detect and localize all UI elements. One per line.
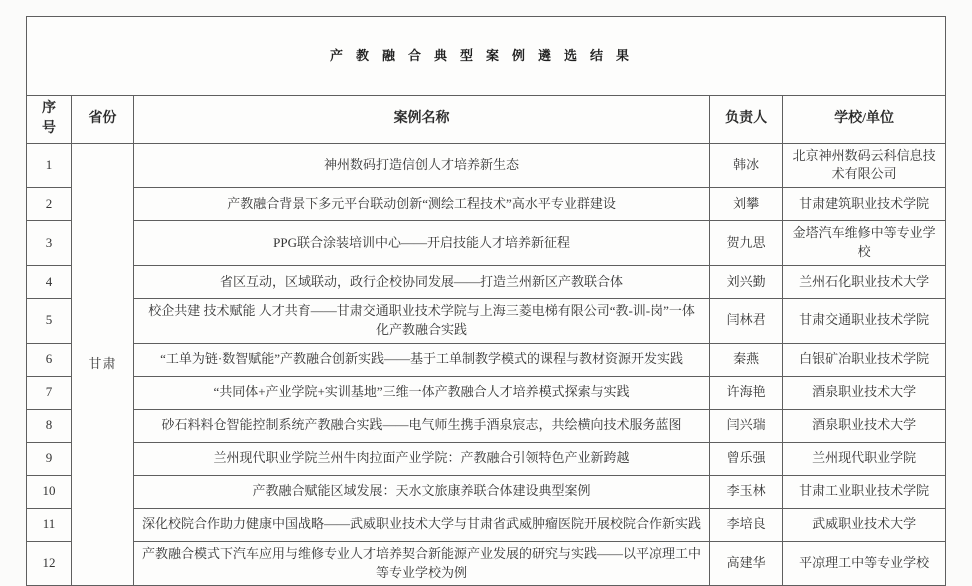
case-name-cell: 产教融合赋能区域发展：天水文旅康养联合体建设典型案例: [133, 475, 709, 508]
case-name-cell: 产教融合背景下多元平台联动创新“测绘工程技术”高水平专业群建设: [133, 188, 709, 221]
row-number-cell: 11: [27, 508, 72, 541]
case-name-cell: 校企共建 技术赋能 人才共育——甘肃交通职业技术学院与上海三菱电梯有限公司“教-…: [133, 298, 709, 343]
column-header-no: 序号: [27, 96, 72, 144]
table-row: 5 校企共建 技术赋能 人才共育——甘肃交通职业技术学院与上海三菱电梯有限公司“…: [27, 298, 946, 343]
column-header-person: 负责人: [710, 96, 783, 144]
person-cell: 高建华: [710, 541, 783, 570]
results-sheet: 产教融合典型案例遴选结果 序号 省份 案例名称 负责人 学校/单位 1 甘肃 神…: [26, 16, 946, 570]
case-name-cell: “共同体+产业学院+实训基地”三维一体产教融合人才培养模式探索与实践: [133, 376, 709, 409]
table-row: 1 甘肃 神州数码打造信创人才培养新生态 韩冰 北京神州数码云科信息技术有限公司: [27, 143, 946, 188]
school-cell: 武威职业技术大学: [783, 508, 946, 541]
results-table: 产教融合典型案例遴选结果 序号 省份 案例名称 负责人 学校/单位 1 甘肃 神…: [26, 16, 946, 570]
school-cell: 酒泉职业技术大学: [783, 409, 946, 442]
school-cell: 兰州石化职业技术大学: [783, 265, 946, 298]
person-cell: 闫林君: [710, 298, 783, 343]
person-cell: 李玉林: [710, 475, 783, 508]
case-name-cell: 神州数码打造信创人才培养新生态: [133, 143, 709, 188]
person-cell: 贺九思: [710, 221, 783, 266]
person-cell: 许海艳: [710, 376, 783, 409]
case-name-cell: 砂石料料仓智能控制系统产教融合实践——电气师生携手酒泉宸志，共绘横向技术服务蓝图: [133, 409, 709, 442]
header-row: 序号 省份 案例名称 负责人 学校/单位: [27, 96, 946, 144]
school-cell: 甘肃建筑职业技术学院: [783, 188, 946, 221]
row-number-cell: 8: [27, 409, 72, 442]
school-cell: 兰州现代职业学院: [783, 442, 946, 475]
table-row: 6 “工单为链·数智赋能”产教融合创新实践——基于工单制教学模式的课程与教材资源…: [27, 343, 946, 376]
row-number-cell: 6: [27, 343, 72, 376]
table-row: 2 产教融合背景下多元平台联动创新“测绘工程技术”高水平专业群建设 刘攀 甘肃建…: [27, 188, 946, 221]
row-number-cell: 3: [27, 221, 72, 266]
person-cell: 刘攀: [710, 188, 783, 221]
person-cell: 闫兴瑞: [710, 409, 783, 442]
school-cell: 甘肃工业职业技术学院: [783, 475, 946, 508]
table-row: 10 产教融合赋能区域发展：天水文旅康养联合体建设典型案例 李玉林 甘肃工业职业…: [27, 475, 946, 508]
row-number-cell: 9: [27, 442, 72, 475]
table-row: 11 深化校院合作助力健康中国战略——武威职业技术大学与甘肃省武威肿瘤医院开展校…: [27, 508, 946, 541]
column-header-province: 省份: [71, 96, 133, 144]
row-number-cell: 7: [27, 376, 72, 409]
school-cell: 甘肃交通职业技术学院: [783, 298, 946, 343]
person-cell: 秦燕: [710, 343, 783, 376]
school-cell: 平凉理工中等专业学校: [783, 541, 946, 570]
person-cell: 曾乐强: [710, 442, 783, 475]
table-row: 3 PPG联合涂装培训中心——开启技能人才培养新征程 贺九思 金塔汽车维修中等专…: [27, 221, 946, 266]
table-row: 9 兰州现代职业学院兰州牛肉拉面产业学院：产教融合引领特色产业新跨越 曾乐强 兰…: [27, 442, 946, 475]
case-name-cell: 产教融合模式下汽车应用与维修专业人才培养契合新能源产业发展的研究与实践——以平凉…: [133, 541, 709, 570]
case-name-cell: “工单为链·数智赋能”产教融合创新实践——基于工单制教学模式的课程与教材资源开发…: [133, 343, 709, 376]
school-cell: 白银矿冶职业技术学院: [783, 343, 946, 376]
table-row: 4 省区互动，区域联动，政行企校协同发展——打造兰州新区产教联合体 刘兴勤 兰州…: [27, 265, 946, 298]
person-cell: 韩冰: [710, 143, 783, 188]
case-name-cell: 省区互动，区域联动，政行企校协同发展——打造兰州新区产教联合体: [133, 265, 709, 298]
column-header-case-name: 案例名称: [133, 96, 709, 144]
row-number-cell: 10: [27, 475, 72, 508]
school-cell: 北京神州数码云科信息技术有限公司: [783, 143, 946, 188]
row-number-cell: 12: [27, 541, 72, 570]
person-cell: 李培良: [710, 508, 783, 541]
person-cell: 刘兴勤: [710, 265, 783, 298]
row-number-cell: 5: [27, 298, 72, 343]
row-number-cell: 2: [27, 188, 72, 221]
school-cell: 酒泉职业技术大学: [783, 376, 946, 409]
case-name-cell: 兰州现代职业学院兰州牛肉拉面产业学院：产教融合引领特色产业新跨越: [133, 442, 709, 475]
school-cell: 金塔汽车维修中等专业学校: [783, 221, 946, 266]
table-row: 8 砂石料料仓智能控制系统产教融合实践——电气师生携手酒泉宸志，共绘横向技术服务…: [27, 409, 946, 442]
table-row: 7 “共同体+产业学院+实训基地”三维一体产教融合人才培养模式探索与实践 许海艳…: [27, 376, 946, 409]
title-row: 产教融合典型案例遴选结果: [27, 17, 946, 96]
row-number-cell: 4: [27, 265, 72, 298]
province-cell: 甘肃: [71, 143, 133, 570]
column-header-school: 学校/单位: [783, 96, 946, 144]
row-number-cell: 1: [27, 143, 72, 188]
table-row: 12 产教融合模式下汽车应用与维修专业人才培养契合新能源产业发展的研究与实践——…: [27, 541, 946, 570]
case-name-cell: 深化校院合作助力健康中国战略——武威职业技术大学与甘肃省武威肿瘤医院开展校院合作…: [133, 508, 709, 541]
case-name-cell: PPG联合涂装培训中心——开启技能人才培养新征程: [133, 221, 709, 266]
page-title: 产教融合典型案例遴选结果: [27, 17, 946, 96]
